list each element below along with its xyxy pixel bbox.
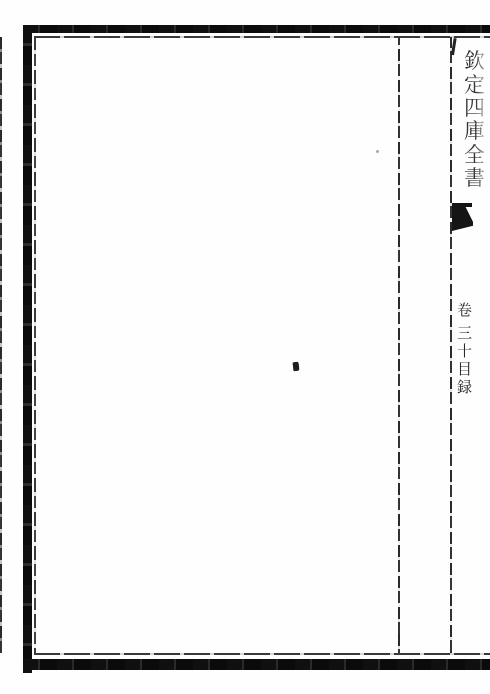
inner-rule-top: [34, 36, 490, 38]
outer-border-left: [23, 25, 32, 673]
ink-blot: [293, 362, 300, 372]
fishtail-mark: [452, 205, 473, 231]
banxin-title-char: 欽: [464, 50, 490, 73]
banxin-title-char: 庫: [464, 120, 490, 143]
inner-rule-bottom: [34, 653, 490, 655]
inner-rule-left: [34, 36, 36, 655]
volume-label-char: 録: [455, 379, 474, 396]
banxin-title-char: 全: [464, 144, 490, 167]
volume-label-char: 目: [455, 361, 474, 378]
banxin-title-char: 定: [464, 74, 490, 97]
column-rule: [398, 37, 400, 653]
outer-border-bottom: [23, 659, 490, 670]
banxin-title-char: 書: [464, 167, 490, 190]
ink-speck: [376, 150, 379, 153]
scanned-book-page: 欽 定 四 庫 全 書 卷 三 十 目 録: [0, 0, 490, 694]
volume-label-char: 卷: [455, 302, 474, 319]
outer-border-top: [23, 25, 490, 33]
column-rule: [450, 37, 452, 653]
column-rule-banxin: [0, 37, 2, 653]
banxin-title-char: 四: [464, 97, 490, 120]
volume-label-char: 三: [455, 325, 474, 342]
volume-label-char: 十: [455, 343, 474, 360]
